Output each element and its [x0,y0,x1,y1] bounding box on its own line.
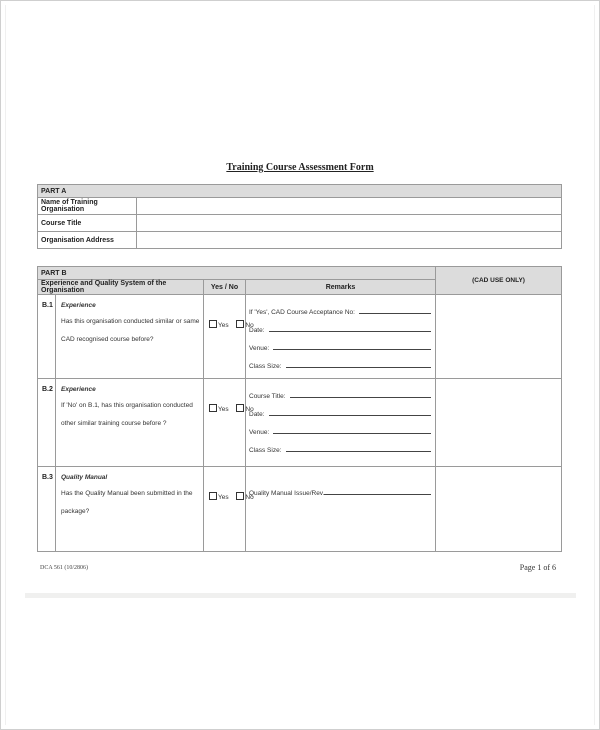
part-a-header: PART A [38,185,562,198]
venue-blank[interactable] [273,343,431,350]
part-b-table: PART B (CAD USE ONLY) Experience and Qua… [37,266,562,552]
question-text: other similar training course before ? [61,420,203,438]
course-title-blank[interactable] [290,391,432,398]
remarks-cell: If 'Yes', CAD Course Acceptance No: Date… [246,295,436,379]
question-cell: Experience Has this organisation conduct… [56,295,204,379]
cad-use-cell [436,467,562,552]
no-checkbox[interactable] [236,404,244,412]
question-title: Experience [61,302,203,309]
yes-label: Yes [218,494,229,501]
remark-label: Venue: [249,345,269,356]
table-row: Name of Training Organisation [38,198,562,215]
yes-label: Yes [218,322,229,329]
question-text: Has this organisation conducted similar … [61,318,203,336]
yes-no-cell: Yes No [204,379,246,467]
cad-use-cell [436,295,562,379]
remark-label: Class Size: [249,447,282,458]
item-number: B.2 [38,379,56,467]
column-header-yes-no: Yes / No [204,280,246,295]
remark-label: Quality Manual Issue/Rev. [249,490,324,501]
yes-label: Yes [218,406,229,413]
table-row: B.1 Experience Has this organisation con… [38,295,562,379]
organisation-address-field[interactable] [137,232,562,249]
no-checkbox[interactable] [236,320,244,328]
field-label: Course Title [38,215,137,232]
form-code: DCA 561 (10/2806) [40,565,88,571]
remark-label: Class Size: [249,363,282,374]
question-title: Quality Manual [61,474,203,481]
class-size-blank[interactable] [286,361,432,368]
remarks-cell: Quality Manual Issue/Rev. [246,467,436,552]
question-text: If 'No' on B.1, has this organisation co… [61,402,203,420]
remark-label: Venue: [249,429,269,440]
yes-checkbox[interactable] [209,404,217,412]
yes-checkbox[interactable] [209,320,217,328]
yes-no-cell: Yes No [204,467,246,552]
part-a-table: PART A Name of Training Organisation Cou… [37,184,562,249]
part-b-header: PART B [38,267,436,280]
yes-no-cell: Yes No [204,295,246,379]
venue-blank[interactable] [273,427,431,434]
course-title-field[interactable] [137,215,562,232]
no-checkbox[interactable] [236,492,244,500]
question-cell: Quality Manual Has the Quality Manual be… [56,467,204,552]
question-cell: Experience If 'No' on B.1, has this orga… [56,379,204,467]
training-organisation-field[interactable] [137,198,562,215]
date-blank[interactable] [269,325,432,332]
page-number: Page 1 of 6 [520,563,556,572]
column-header-remarks: Remarks [246,280,436,295]
field-label: Organisation Address [38,232,137,249]
question-text: Has the Quality Manual been submitted in… [61,490,203,508]
table-row: Organisation Address [38,232,562,249]
remark-label: Date: [249,327,265,338]
acceptance-no-blank[interactable] [359,307,431,314]
yes-checkbox[interactable] [209,492,217,500]
class-size-blank[interactable] [286,445,432,452]
table-row: Course Title [38,215,562,232]
date-blank[interactable] [269,409,432,416]
item-number: B.3 [38,467,56,552]
question-text: package? [61,508,203,526]
remarks-cell: Course Title: Date: Venue: Class Size: [246,379,436,467]
page-separator [25,593,576,598]
table-row: B.2 Experience If 'No' on B.1, has this … [38,379,562,467]
item-number: B.1 [38,295,56,379]
quality-manual-rev-blank[interactable] [324,488,431,495]
cad-use-cell [436,379,562,467]
column-header-question: Experience and Quality System of the Org… [38,280,204,295]
question-title: Experience [61,386,203,393]
form-title: Training Course Assessment Form [0,162,600,173]
remark-label: Course Title: [249,393,286,404]
field-label: Name of Training Organisation [38,198,137,215]
table-row: B.3 Quality Manual Has the Quality Manua… [38,467,562,552]
question-text: CAD recognised course before? [61,336,203,354]
remark-label: Date: [249,411,265,422]
cad-use-only-header: (CAD USE ONLY) [436,267,562,295]
remark-label: If 'Yes', CAD Course Acceptance No: [249,309,355,320]
